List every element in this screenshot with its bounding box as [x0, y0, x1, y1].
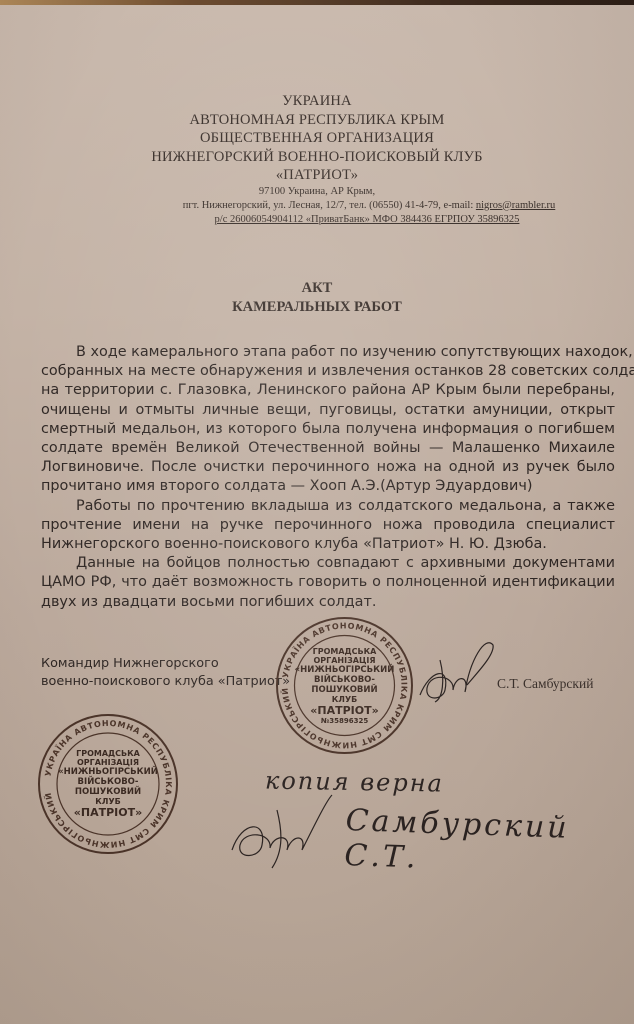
stamp-line: ПОШУКОВИЙ — [75, 787, 141, 797]
letterhead-bank: р/с 26006054904112 «ПриватБанк» МФО 3844… — [50, 213, 634, 227]
document-body: В ходе камерального этапа работ по изуче… — [41, 343, 615, 612]
handwritten-name: Самбурский С.Т. — [344, 803, 634, 883]
stamp-line: ОРГАНІЗАЦІЯ — [313, 656, 375, 665]
body-line: Логвиновиче. После очистки перочинного н… — [41, 458, 615, 477]
official-stamp-2: УКРАЇНА АВТОНОМНА РЕСПУБЛІКА КРИМ СМТ НИ… — [38, 714, 178, 854]
letterhead-postal: 97100 Украина, АР Крым, — [0, 185, 634, 199]
letterhead-org-type: ОБЩЕСТВЕННАЯ ОРГАНИЗАЦИЯ — [0, 129, 634, 148]
paragraph-3: Данные на бойцов полностью совпадают с а… — [41, 554, 615, 612]
body-line: Нижнегорского военно-поискового клуба «П… — [41, 535, 615, 554]
stamp-center-text: ГРОМАДСЬКА ОРГАНІЗАЦІЯ «НИЖНЬОГІРСЬКИЙ В… — [40, 716, 176, 852]
signature-icon — [222, 790, 352, 870]
body-line: очищены и отмыты личные вещи, пуговицы, … — [41, 401, 615, 420]
stamp-line: ПОШУКОВИЙ — [311, 685, 377, 695]
body-line: Данные на бойцов полностью совпадают с а… — [41, 554, 615, 573]
body-line: Работы по прочтению вкладыша из солдатск… — [41, 497, 615, 516]
stamp-line: «ПАТРІОТ» — [310, 704, 378, 717]
stamp-line: ГРОМАДСЬКА — [313, 647, 377, 656]
stamp-center-text: ГРОМАДСЬКА ОРГАНІЗАЦІЯ «НИЖНЬОГІРСЬКИЙ В… — [278, 619, 411, 752]
stamp-line: ВІЙСЬКОВО- — [314, 675, 375, 685]
body-line: прочтение имени на ручке перочинного нож… — [41, 516, 615, 535]
body-line: на территории с. Глазовка, Ленинского ра… — [41, 381, 615, 400]
stamp-line: «ПАТРІОТ» — [74, 806, 142, 819]
body-line: двух из двадцати восьми погибших солдат. — [41, 593, 615, 612]
paragraph-1: В ходе камерального этапа работ по изуче… — [41, 343, 615, 497]
stamp-line: ГРОМАДСЬКА — [76, 749, 140, 758]
letterhead-org-name: НИЖНЕГОРСКИЙ ВОЕННО-ПОИСКОВЫЙ КЛУБ — [0, 148, 634, 167]
title-subject: КАМЕРАЛЬНЫХ РАБОТ — [0, 298, 634, 317]
letterhead-club-name: «ПАТРИОТ» — [0, 166, 634, 185]
stamp-line: «НИЖНЬОГІРСЬКИЙ — [58, 767, 158, 777]
stamp-code: №35896325 — [321, 717, 368, 725]
stamp-line: КЛУБ — [332, 695, 357, 704]
signer-name: С.Т. Самбурский — [497, 676, 593, 692]
paragraph-2: Работы по прочтению вкладыша из солдатск… — [41, 497, 615, 555]
stamp-line: ОРГАНІЗАЦІЯ — [77, 758, 139, 767]
signatory-role: Командир Нижнегорского военно-поискового… — [41, 655, 290, 691]
body-line: В ходе камерального этапа работ по изуче… — [41, 343, 615, 362]
letterhead-region: АВТОНОМНАЯ РЕСПУБЛИКА КРЫМ — [0, 111, 634, 130]
official-stamp-1: УКРАЇНА АВТОНОМНА РЕСПУБЛІКА КРИМ СМТ НИ… — [276, 617, 413, 754]
stamp-line: ВІЙСЬКОВО- — [78, 777, 139, 787]
letterhead-address: пгт. Нижнегорский, ул. Лесная, 12/7, тел… — [52, 199, 634, 213]
body-line: смертный медальон, из которого была полу… — [41, 420, 615, 439]
address-text: пгт. Нижнегорский, ул. Лесная, 12/7, тел… — [183, 200, 476, 211]
signature-icon — [415, 630, 495, 710]
role-line-1: Командир Нижнегорского — [41, 655, 290, 673]
letterhead-country: УКРАИНА — [0, 92, 634, 111]
document-title: АКТ КАМЕРАЛЬНЫХ РАБОТ — [0, 279, 634, 317]
stamp-line: «НИЖНЬОГІРСЬКИЙ — [295, 665, 395, 675]
body-line: ЦАМО РФ, что даёт возможность говорить о… — [41, 573, 615, 592]
title-act: АКТ — [0, 279, 634, 298]
role-line-2: военно-поискового клуба «Патриот» — [41, 673, 290, 691]
letterhead: УКРАИНА АВТОНОМНАЯ РЕСПУБЛИКА КРЫМ ОБЩЕС… — [0, 92, 634, 227]
body-line: собранных на месте обнаружения и извлече… — [41, 362, 615, 381]
stamp-line: КЛУБ — [95, 797, 120, 806]
photo-top-edge — [0, 0, 634, 5]
body-line: солдате времён Великой Отечественной вой… — [41, 439, 615, 458]
email-link[interactable]: nigros@rambler.ru — [476, 200, 555, 211]
body-line: прочитано имя второго солдата — Хооп А.Э… — [41, 477, 615, 496]
